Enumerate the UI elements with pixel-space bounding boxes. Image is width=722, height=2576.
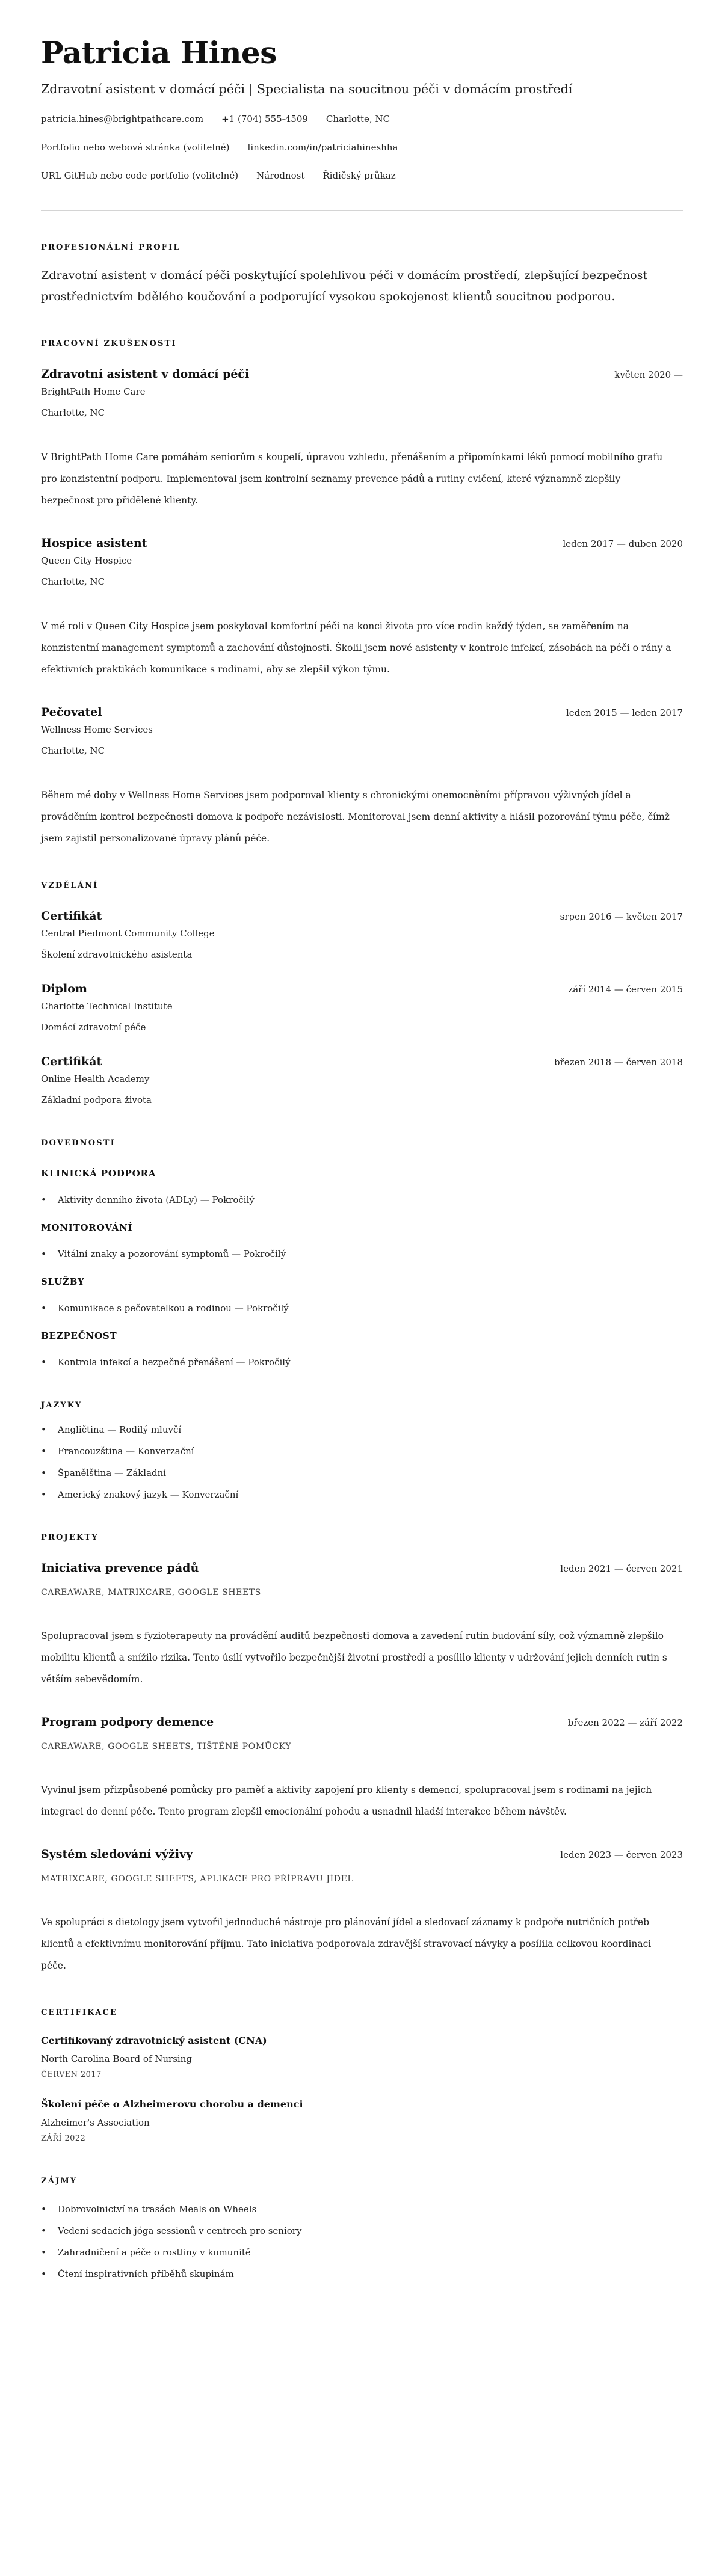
- job-description: V BrightPath Home Care pomáhám seniorům …: [41, 446, 673, 511]
- job-description: V mé roli v Queen City Hospice jsem posk…: [41, 615, 673, 680]
- project-tech-stack: CareAware, Google Sheets, Tištěné pomůck…: [41, 1741, 683, 1753]
- contact-row-links: Portfolio nebo webová stránka (volitelné…: [41, 141, 683, 154]
- experience-entry: Zdravotní asistent v domácí péčikvěten 2…: [41, 366, 683, 511]
- project-description: Spolupracoval jsem s fyzioterapeuty na p…: [41, 1625, 673, 1690]
- section-languages: Jazyky Angličtina — Rodilý mluvčíFrancou…: [41, 1400, 683, 1501]
- contact-github[interactable]: URL GitHub nebo code portfolio (voliteln…: [41, 169, 238, 182]
- education-entry-header: Certifikátsrpen 2016 — květen 2017: [41, 908, 683, 924]
- candidate-tagline: Zdravotní asistent v domácí péči | Speci…: [41, 81, 683, 97]
- experience-entry-header: Hospice asistentleden 2017 — duben 2020: [41, 535, 683, 551]
- contact-location: Charlotte, NC: [326, 112, 390, 126]
- skill-category-title: KLINICKÁ PODPORA: [41, 1167, 683, 1180]
- education-dates: srpen 2016 — květen 2017: [560, 910, 683, 923]
- language-item: Španělština — Základní: [41, 1466, 683, 1480]
- job-title: Pečovatel: [41, 704, 102, 720]
- certification-date: červen 2017: [41, 2069, 683, 2081]
- interest-item: Dobrovolnictví na trasách Meals on Wheel…: [41, 2203, 683, 2216]
- education-entry-header: Diplomzáří 2014 — červen 2015: [41, 981, 683, 997]
- experience-entry: Pečovatelleden 2015 — leden 2017Wellness…: [41, 704, 683, 849]
- skill-category-list: Komunikace s pečovatelkou a rodinou — Po…: [41, 1302, 683, 1315]
- certification-entry: Školení péče o Alzheimerovu chorobu a de…: [41, 2098, 683, 2145]
- section-education: Vzdělání Certifikátsrpen 2016 — květen 2…: [41, 881, 683, 1107]
- project-dates: leden 2021 — červen 2021: [560, 1562, 683, 1575]
- education-school: Charlotte Technical Institute: [41, 1000, 683, 1013]
- section-skills: Dovednosti KLINICKÁ PODPORAAktivity denn…: [41, 1138, 683, 1369]
- contact-linkedin[interactable]: linkedin.com/in/patriciahineshha: [248, 141, 398, 154]
- contact-nationality: Národnost: [256, 169, 304, 182]
- job-location: Charlotte, NC: [41, 744, 683, 757]
- section-experience: Pracovní zkušenosti Zdravotní asistent v…: [41, 339, 683, 849]
- education-dates: září 2014 — červen 2015: [568, 983, 683, 996]
- certification-date: září 2022: [41, 2133, 683, 2145]
- education-entry-header: Certifikátbřezen 2018 — červen 2018: [41, 1054, 683, 1069]
- education-degree: Certifikát: [41, 1054, 102, 1069]
- interest-item: Vedeni sedacích jóga sessionů v centrech…: [41, 2224, 683, 2237]
- experience-entry-header: Pečovatelleden 2015 — leden 2017: [41, 704, 683, 720]
- job-dates: leden 2015 — leden 2017: [566, 706, 683, 719]
- education-field: Školení zdravotnického asistenta: [41, 948, 683, 961]
- project-description: Ve spolupráci s dietology jsem vytvořil …: [41, 1911, 673, 1976]
- section-title-summary: Profesionální profil: [41, 242, 683, 253]
- summary-text: Zdravotní asistent v domácí péči poskytu…: [41, 265, 661, 307]
- skill-item: Kontrola infekcí a bezpečné přenášení — …: [41, 1356, 683, 1369]
- skill-item: Aktivity denního života (ADLy) — Pokroči…: [41, 1193, 683, 1207]
- job-company: BrightPath Home Care: [41, 385, 683, 398]
- education-school: Online Health Academy: [41, 1072, 683, 1086]
- resume-header: Patricia Hines Zdravotní asistent v domá…: [41, 35, 683, 182]
- section-title-skills: Dovednosti: [41, 1138, 683, 1149]
- job-company: Queen City Hospice: [41, 554, 683, 567]
- projects-list: Iniciativa prevence pádůleden 2021 — čer…: [41, 1560, 683, 1976]
- project-dates: leden 2023 — červen 2023: [560, 1848, 683, 1861]
- skill-category-title: SLUŽBY: [41, 1275, 683, 1288]
- project-tech-stack: MatrixCare, Google Sheets, Aplikace pro …: [41, 1873, 683, 1885]
- skill-category-title: BEZPEČNOST: [41, 1329, 683, 1342]
- interests-list: Dobrovolnictví na trasách Meals on Wheel…: [41, 2203, 683, 2281]
- certification-name: Školení péče o Alzheimerovu chorobu a de…: [41, 2098, 683, 2111]
- certifications-list: Certifikovaný zdravotnický asistent (CNA…: [41, 2034, 683, 2145]
- education-school: Central Piedmont Community College: [41, 927, 683, 940]
- contact-email[interactable]: patricia.hines@brightpathcare.com: [41, 112, 203, 126]
- education-field: Domácí zdravotní péče: [41, 1021, 683, 1034]
- education-dates: březen 2018 — červen 2018: [554, 1056, 683, 1069]
- project-name: Systém sledování výživy: [41, 1846, 193, 1862]
- education-entry: Certifikátbřezen 2018 — červen 2018Onlin…: [41, 1054, 683, 1107]
- skill-category-list: Kontrola infekcí a bezpečné přenášení — …: [41, 1356, 683, 1369]
- candidate-name: Patricia Hines: [41, 35, 683, 71]
- project-entry-header: Program podpory demencebřezen 2022 — zář…: [41, 1714, 683, 1730]
- language-item: Americký znakový jazyk — Konverzační: [41, 1488, 683, 1501]
- resume-page: Patricia Hines Zdravotní asistent v domá…: [0, 0, 722, 2323]
- languages-list: Angličtina — Rodilý mluvčíFrancouzština …: [41, 1423, 683, 1501]
- contact-row-extra: URL GitHub nebo code portfolio (voliteln…: [41, 169, 683, 182]
- language-item: Angličtina — Rodilý mluvčí: [41, 1423, 683, 1436]
- project-entry: Iniciativa prevence pádůleden 2021 — čer…: [41, 1560, 683, 1690]
- header-divider: [41, 210, 683, 211]
- certification-issuer: Alzheimer's Association: [41, 2116, 683, 2129]
- section-title-languages: Jazyky: [41, 1400, 683, 1411]
- section-certifications: Certifikace Certifikovaný zdravotnický a…: [41, 2008, 683, 2145]
- project-entry-header: Systém sledování výživyleden 2023 — červ…: [41, 1846, 683, 1862]
- contact-portfolio[interactable]: Portfolio nebo webová stránka (volitelné…: [41, 141, 230, 154]
- section-title-experience: Pracovní zkušenosti: [41, 339, 683, 349]
- section-summary: Profesionální profil Zdravotní asistent …: [41, 242, 683, 307]
- skill-item: Vitální znaky a pozorování symptomů — Po…: [41, 1247, 683, 1261]
- job-company: Wellness Home Services: [41, 723, 683, 736]
- project-name: Program podpory demence: [41, 1714, 214, 1730]
- section-title-certifications: Certifikace: [41, 2008, 683, 2018]
- job-dates: květen 2020 —: [614, 368, 683, 381]
- experience-entry: Hospice asistentleden 2017 — duben 2020Q…: [41, 535, 683, 680]
- job-dates: leden 2017 — duben 2020: [563, 537, 683, 550]
- section-title-interests: Zájmy: [41, 2176, 683, 2187]
- section-title-education: Vzdělání: [41, 881, 683, 891]
- project-entry-header: Iniciativa prevence pádůleden 2021 — čer…: [41, 1560, 683, 1576]
- certification-name: Certifikovaný zdravotnický asistent (CNA…: [41, 2034, 683, 2047]
- contact-row-primary: patricia.hines@brightpathcare.com +1 (70…: [41, 112, 683, 126]
- section-interests: Zájmy Dobrovolnictví na trasách Meals on…: [41, 2176, 683, 2281]
- job-location: Charlotte, NC: [41, 575, 683, 588]
- section-projects: Projekty Iniciativa prevence pádůleden 2…: [41, 1532, 683, 1976]
- skill-category-list: Aktivity denního života (ADLy) — Pokroči…: [41, 1193, 683, 1207]
- contact-drivers-license: Řidičský průkaz: [322, 169, 395, 182]
- education-list: Certifikátsrpen 2016 — květen 2017Centra…: [41, 908, 683, 1107]
- certification-entry: Certifikovaný zdravotnický asistent (CNA…: [41, 2034, 683, 2081]
- contact-phone[interactable]: +1 (704) 555-4509: [221, 112, 308, 126]
- education-field: Základní podpora života: [41, 1093, 683, 1107]
- project-entry: Systém sledování výživyleden 2023 — červ…: [41, 1846, 683, 1976]
- interest-item: Zahradničení a péče o rostliny v komunit…: [41, 2246, 683, 2259]
- interest-item: Čtení inspirativních příběhů skupinám: [41, 2267, 683, 2281]
- job-location: Charlotte, NC: [41, 406, 683, 419]
- certification-issuer: North Carolina Board of Nursing: [41, 2052, 683, 2065]
- job-description: Během mé doby v Wellness Home Services j…: [41, 784, 673, 849]
- project-tech-stack: CareAware, MatrixCare, Google Sheets: [41, 1587, 683, 1599]
- skill-item: Komunikace s pečovatelkou a rodinou — Po…: [41, 1302, 683, 1315]
- job-title: Hospice asistent: [41, 535, 147, 551]
- project-description: Vyvinul jsem přizpůsobené pomůcky pro pa…: [41, 1779, 673, 1822]
- education-degree: Certifikát: [41, 908, 102, 924]
- project-name: Iniciativa prevence pádů: [41, 1560, 199, 1576]
- education-entry: Certifikátsrpen 2016 — květen 2017Centra…: [41, 908, 683, 961]
- experience-entry-header: Zdravotní asistent v domácí péčikvěten 2…: [41, 366, 683, 382]
- job-title: Zdravotní asistent v domácí péči: [41, 366, 249, 382]
- language-item: Francouzština — Konverzační: [41, 1445, 683, 1458]
- project-dates: březen 2022 — září 2022: [568, 1716, 683, 1729]
- skill-category-list: Vitální znaky a pozorování symptomů — Po…: [41, 1247, 683, 1261]
- section-title-projects: Projekty: [41, 1532, 683, 1543]
- project-entry: Program podpory demencebřezen 2022 — zář…: [41, 1714, 683, 1822]
- skill-category-title: MONITOROVÁNÍ: [41, 1221, 683, 1234]
- experience-list: Zdravotní asistent v domácí péčikvěten 2…: [41, 366, 683, 849]
- skills-list: KLINICKÁ PODPORAAktivity denního života …: [41, 1167, 683, 1369]
- education-entry: Diplomzáří 2014 — červen 2015Charlotte T…: [41, 981, 683, 1034]
- education-degree: Diplom: [41, 981, 87, 997]
